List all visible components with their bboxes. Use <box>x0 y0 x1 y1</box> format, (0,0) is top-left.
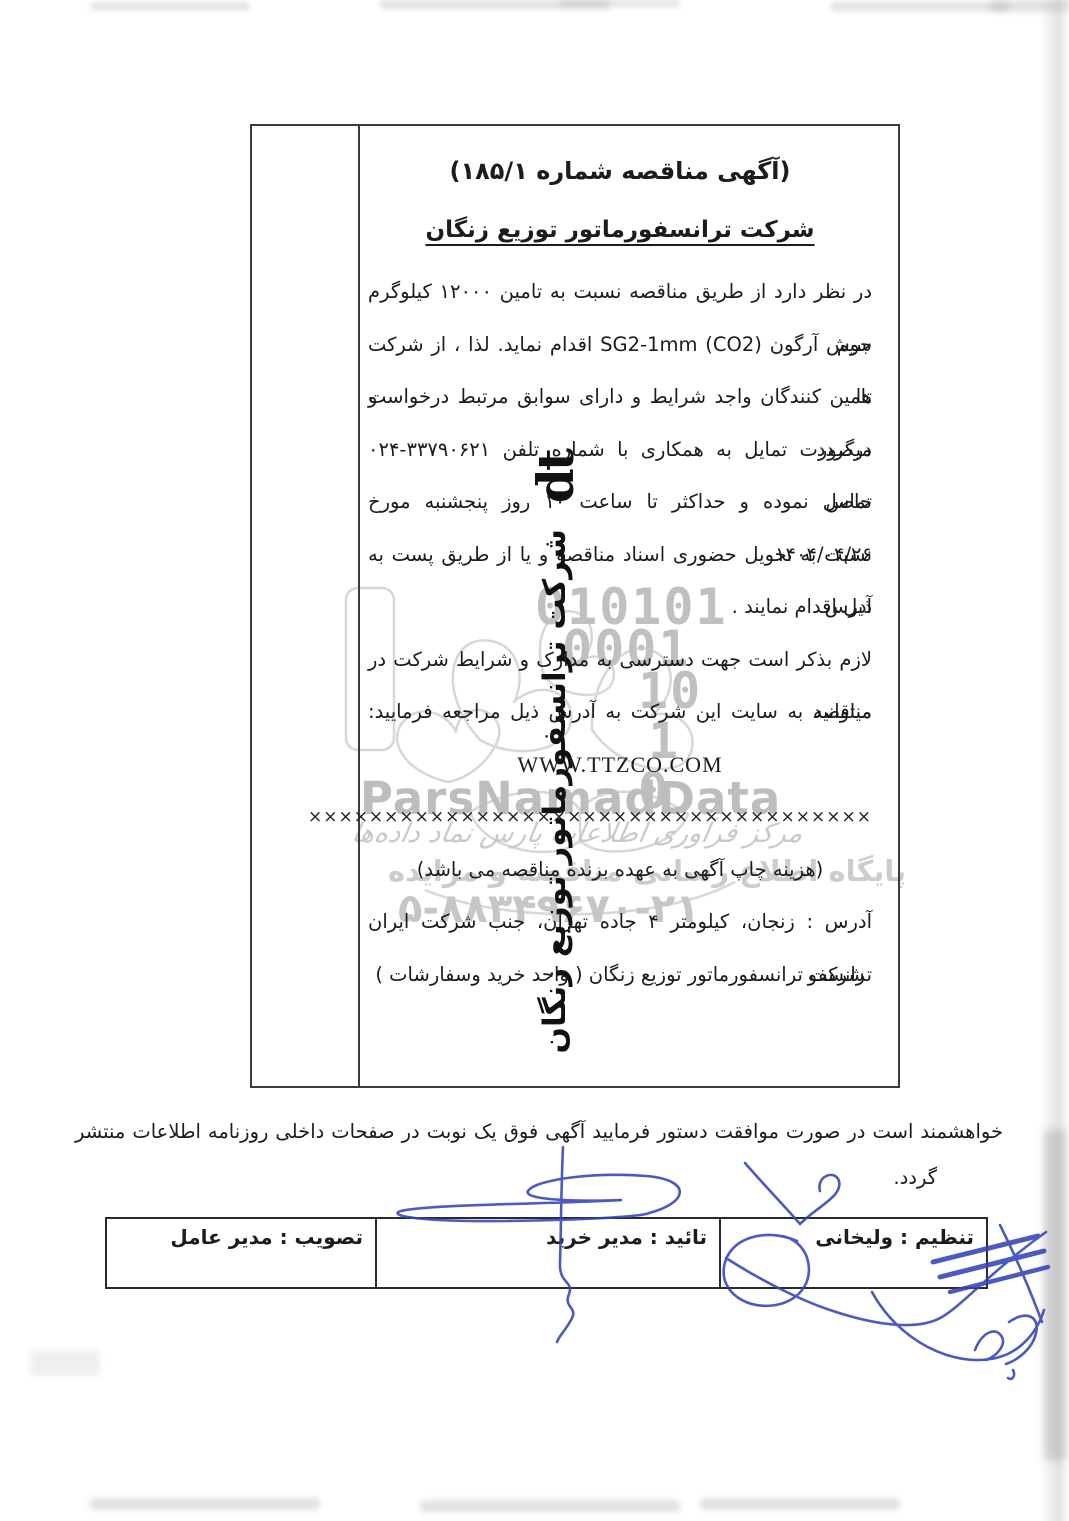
scan-noise <box>30 1350 100 1376</box>
scan-noise <box>700 1498 900 1510</box>
website-url: WWW.TTZCO.COM <box>368 739 872 792</box>
signature-label-confirm: تائید : مدیر خرید <box>546 1225 707 1249</box>
scan-noise <box>830 2 1010 11</box>
address-line-1: آدرس : زنجان، کیلومتر ۴ جاده تهران، جنب … <box>368 896 872 949</box>
separator-x-row: ××××××××××××××××××××××××××××××××××××× <box>368 791 872 844</box>
notice-line-8: لازم بذکر است جهت دسترسی به مدارک و شرای… <box>368 634 872 687</box>
signature-table: تنظیم : ولیخانی تائید : مدیر خرید تصویب … <box>105 1217 988 1289</box>
notice-line-3: تامین کنندگان واجد شرایط و دارای سوابق م… <box>368 371 872 424</box>
signature-cell-approve: تصویب : مدیر عامل <box>107 1219 377 1287</box>
scan-noise <box>560 0 680 7</box>
scan-noise <box>990 0 1069 12</box>
signature-label-approve: تصویب : مدیر عامل <box>170 1225 363 1249</box>
notice-line-1: در نظر دارد از طریق مناقصه نسبت به تامین… <box>368 266 872 319</box>
scan-noise <box>90 2 250 10</box>
print-cost-note: (هزینه چاپ آگهی به عهده برنده مناقصه می … <box>368 844 872 897</box>
notice-line-9: میتوانید به سایت این شرکت به آدرس ذیل مر… <box>368 686 872 739</box>
scan-edge-shadow-dark <box>1044 1130 1066 1460</box>
scan-noise <box>420 1500 680 1512</box>
notice-company-heading: شرکت ترانسفورماتور توزیع زنگان <box>368 204 872 266</box>
scanned-tender-notice-page: 010101 0001 10 1 0 ParsNamadData مرکز فر… <box>0 0 1069 1521</box>
notice-line-2: جوش آرگون SG2-1mm (CO2) اقدام نماید. لذا… <box>368 319 872 372</box>
notice-line-5: حاصل نموده و حداکثر تا ساعت ۱۰ روز پنجشن… <box>368 476 872 529</box>
notice-line-7: ذیل اقدام نمایند . <box>368 581 872 634</box>
notice-title: (آگهی مناقصه شماره ۱۸۵/۱) <box>368 146 872 204</box>
closing-line-2: گردد. <box>75 1158 1003 1198</box>
notice-content: (آگهی مناقصه شماره ۱۸۵/۱) شرکت ترانسفورم… <box>368 146 872 1001</box>
closing-line-1: خواهشمند است در صورت موافقت دستور فرمایی… <box>75 1112 1003 1158</box>
box-column-divider <box>358 126 360 1086</box>
scan-noise <box>90 1498 320 1510</box>
notice-line-4: درصورت تمایل به همکاری با شماره تلفن ۳۳۷… <box>368 424 872 477</box>
signature-label-prepare: تنظیم : ولیخانی <box>815 1225 974 1249</box>
notice-line-6: نسبت به تحویل حضوری اسناد مناقصه و یا از… <box>368 529 872 582</box>
address-line-2: شرکت ترانسفورماتور توزیع زنگان ( واحد خر… <box>368 949 872 1002</box>
closing-paragraph: خواهشمند است در صورت موافقت دستور فرمایی… <box>75 1112 1003 1198</box>
signature-cell-confirm: تائید : مدیر خرید <box>377 1219 721 1287</box>
notice-company-heading-text: شرکت ترانسفورماتور توزیع زنگان <box>425 217 814 243</box>
signature-cell-prepare: تنظیم : ولیخانی <box>721 1219 986 1287</box>
